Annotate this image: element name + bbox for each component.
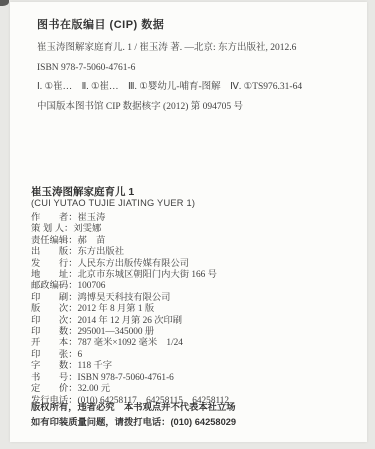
colophon-label: 策 划 人： xyxy=(31,223,73,233)
colophon-value: 鸿博昊天科技有限公司 xyxy=(78,293,171,303)
colophon-label: 印 刷： xyxy=(31,292,78,302)
colophon-row: 发 行：人民东方出版传媒有限公司 xyxy=(31,258,361,269)
colophon-label: 邮政编码： xyxy=(31,280,78,290)
colophon-label: 责任编辑： xyxy=(31,235,78,245)
colophon-row: 定 价：32.00 元 xyxy=(31,383,361,394)
colophon-row: 出 版：东方出版社 xyxy=(31,246,361,257)
colophon-label: 书 号： xyxy=(31,372,78,382)
colophon-row: 责任编辑：郝 苗 xyxy=(31,235,361,246)
colophon-value: 郝 苗 xyxy=(78,236,106,246)
cip-block: 图书在版编目 (CIP) 数据 崔玉涛图解家庭育儿. 1 / 崔玉涛 著. —北… xyxy=(37,19,352,122)
cip-line: 崔玉涛图解家庭育儿. 1 / 崔玉涛 著. —北京: 东方出版社, 2012.6 xyxy=(37,43,352,55)
colophon-value: 32.00 元 xyxy=(78,384,111,394)
colophon-value: 北京市东城区朝阳门内大街 166 号 xyxy=(78,270,217,280)
colophon-row: 印 刷：鸿博昊天科技有限公司 xyxy=(31,292,361,303)
colophon-value: 100706 xyxy=(78,281,106,291)
colophon-row: 印 次：2014 年 12 月第 26 次印刷 xyxy=(31,315,361,326)
colophon-label: 地 址： xyxy=(31,269,78,279)
cip-heading: 图书在版编目 (CIP) 数据 xyxy=(37,19,352,32)
colophon-row: 印 数：295001—345000 册 xyxy=(31,326,361,337)
colophon-label: 作 者： xyxy=(31,212,78,222)
colophon-value: 6 xyxy=(78,350,83,360)
scan-corner-artifact xyxy=(0,0,9,6)
colophon-label: 印 张： xyxy=(31,349,78,359)
book-title-pinyin: (CUI YUTAO TUJIE JIATING YUER 1) xyxy=(31,198,361,209)
colophon-row: 作 者：崔玉涛 xyxy=(31,212,361,223)
colophon-row: 书 号：ISBN 978-7-5060-4761-6 xyxy=(31,372,361,383)
scan-page: 图书在版编目 (CIP) 数据 崔玉涛图解家庭育儿. 1 / 崔玉涛 著. —北… xyxy=(10,2,367,442)
colophon-label: 印 次： xyxy=(31,315,78,325)
cip-line: ISBN 978-7-5060-4761-6 xyxy=(37,63,352,75)
colophon-row: 开 本：787 毫米×1092 毫米 1/24 xyxy=(31,337,361,348)
colophon-value: 118 千字 xyxy=(78,361,113,371)
colophon-row: 字 数：118 千字 xyxy=(31,360,361,371)
colophon-row: 印 张：6 xyxy=(31,349,361,360)
quality-hotline: 如有印装质量问题，请拨打电话：(010) 64258029 xyxy=(31,415,361,430)
colophon-value: ISBN 978-7-5060-4761-6 xyxy=(78,373,174,383)
book-title: 崔玉涛图解家庭育儿 1 xyxy=(31,186,361,198)
colophon-value: 崔玉涛 xyxy=(78,213,106,223)
colophon-value: 人民东方出版传媒有限公司 xyxy=(78,259,190,269)
colophon-value: 刘雯娜 xyxy=(73,224,101,234)
colophon-label: 定 价： xyxy=(31,383,78,393)
colophon-row: 策 划 人：刘雯娜 xyxy=(31,223,361,234)
copyright-notice: 版权所有，违者必究 本书观点并不代表本社立场 xyxy=(31,400,361,415)
colophon-value: 295001—345000 册 xyxy=(78,327,155,337)
cip-line: Ⅰ. ①崔… Ⅱ. ①崔… Ⅲ. ①婴幼儿-哺育-图解 Ⅳ. ①TS976.31… xyxy=(37,82,352,94)
colophon-block: 崔玉涛图解家庭育儿 1 (CUI YUTAO TUJIE JIATING YUE… xyxy=(31,186,361,406)
colophon-value: 2012 年 8 月第 1 版 xyxy=(78,304,155,314)
colophon-label: 印 数： xyxy=(31,326,78,336)
colophon-rows: 作 者：崔玉涛 策 划 人：刘雯娜 责任编辑：郝 苗 出 版：东方出版社 发 行… xyxy=(31,212,361,406)
colophon-value: 787 毫米×1092 毫米 1/24 xyxy=(78,338,183,348)
colophon-label: 开 本： xyxy=(31,337,78,347)
colophon-label: 出 版： xyxy=(31,246,78,256)
cip-lines: 崔玉涛图解家庭育儿. 1 / 崔玉涛 著. —北京: 东方出版社, 2012.6… xyxy=(37,43,352,114)
colophon-label: 字 数： xyxy=(31,360,78,370)
colophon-value: 2014 年 12 月第 26 次印刷 xyxy=(78,316,183,326)
colophon-label: 版 次： xyxy=(31,303,78,313)
colophon-row: 地 址：北京市东城区朝阳门内大街 166 号 xyxy=(31,269,361,280)
colophon-row: 邮政编码：100706 xyxy=(31,280,361,291)
colophon-label: 发 行： xyxy=(31,258,78,268)
footer-block: 版权所有，违者必究 本书观点并不代表本社立场 如有印装质量问题，请拨打电话：(0… xyxy=(31,400,361,429)
colophon-value: 东方出版社 xyxy=(78,247,125,257)
cip-line: 中国版本图书馆 CIP 数据核字 (2012) 第 094705 号 xyxy=(37,102,352,114)
colophon-row: 版 次：2012 年 8 月第 1 版 xyxy=(31,303,361,314)
